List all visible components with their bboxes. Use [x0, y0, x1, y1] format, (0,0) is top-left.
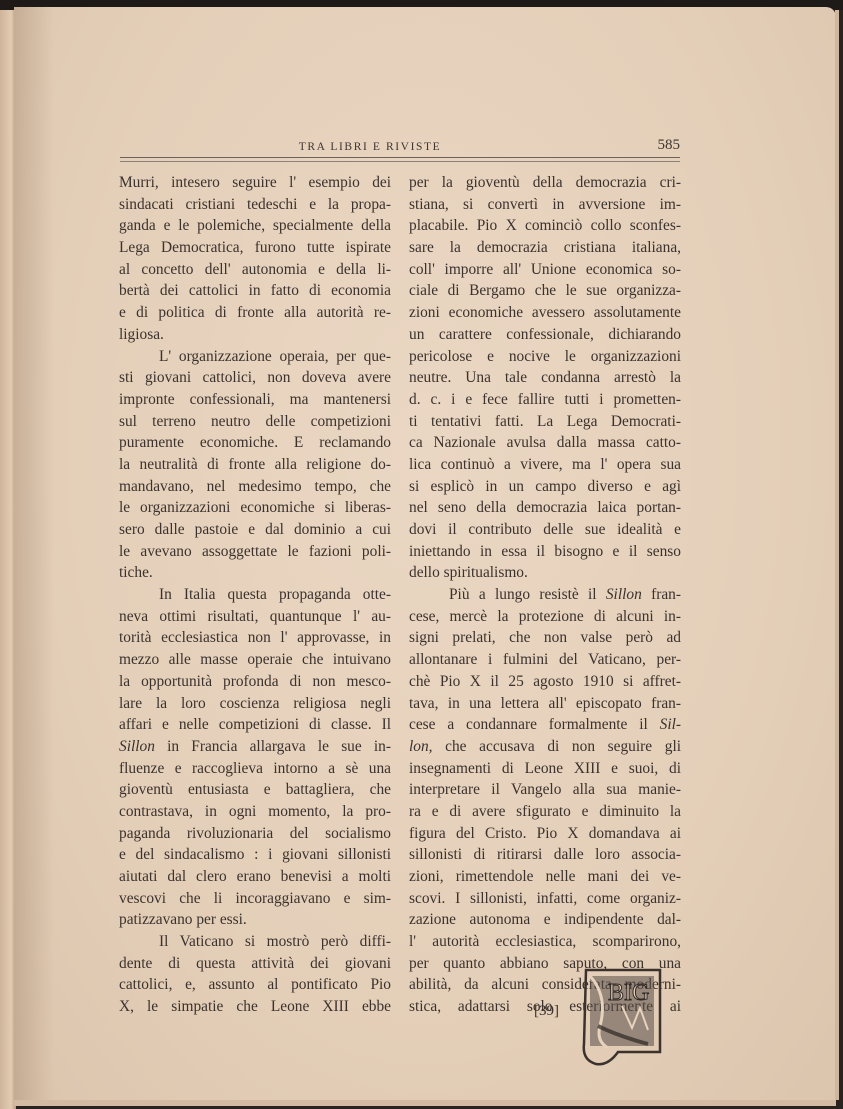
text-line: pericolose e nocive le organizzazioni	[409, 346, 681, 368]
text-fragment: sul terreno neutro delle competizioni	[119, 413, 391, 430]
text-line: cattolici, e, assunto al pontificato Pio	[119, 974, 391, 996]
text-fragment: mezzo alle masse operaie che intuivano	[119, 651, 391, 668]
text-line: affari e nelle competizioni di classe. I…	[119, 714, 391, 736]
text-line: patizzavano per essi.	[119, 909, 391, 931]
text-fragment: Più a lungo resistè il	[449, 586, 606, 603]
text-line: l' autorità ecclesiastica, scomparirono,	[409, 931, 681, 953]
text-fragment: Murri, intesero seguire l' esempio dei	[119, 174, 391, 191]
text-line: stiana, si convertì in avversione im-	[409, 194, 681, 216]
text-line: zioni, rimettendole nelle mani dei ve-	[409, 866, 681, 888]
text-line: Il Vaticano si mostrò però diffi-	[119, 931, 391, 953]
text-line: L' organizzazione operaia, per que-	[119, 346, 391, 368]
text-fragment: nel seno della democrazia laica portan-	[409, 499, 681, 516]
text-line: la opportunità profonda di non mesco-	[119, 671, 391, 693]
text-fragment: iniettando in essa il bisogno e il senso	[409, 543, 681, 560]
svg-text:BIG: BIG	[608, 980, 649, 1006]
text-line: aiutati dal clero erano benevisi a molti	[119, 866, 391, 888]
text-fragment: sero dalle pastoie e dal dominio a cui	[119, 521, 391, 538]
text-line: neva ottimi risultati, quantunque l' au-	[119, 606, 391, 628]
text-fragment: cese a condannare formalmente il	[409, 716, 660, 733]
text-fragment: neutre. Una tale condanna arrestò la	[409, 369, 681, 386]
text-fragment: allontanare i fulmini del Vaticano, per-	[409, 651, 681, 668]
text-line: In Italia questa propaganda otte-	[119, 584, 391, 606]
text-fragment: paganda rivoluzionaria del socialismo	[119, 825, 391, 842]
header-double-rule	[120, 157, 680, 162]
text-fragment: interpretare il Vangelo alla sua manie-	[409, 781, 681, 798]
text-fragment: dello spiritualismo.	[409, 564, 528, 581]
text-line: ca Nazionale avulsa dalla massa catto-	[409, 432, 681, 454]
text-line: nel seno della democrazia laica portan-	[409, 497, 681, 519]
text-fragment: la neutralità di fronte alla religione d…	[119, 456, 391, 473]
text-fragment: tiche.	[119, 564, 153, 581]
text-line: sindacati cristiani tedeschi e la propa-	[119, 194, 391, 216]
gutter-shadow	[14, 7, 54, 1105]
text-fragment: Lega Democratica, furono tutte ispirate	[119, 239, 391, 256]
left-text-column: Murri, intesero seguire l' esempio deisi…	[119, 172, 391, 1018]
page-right-edge	[835, 10, 839, 1100]
text-line: ti tentativi fatti. La Lega Democrati-	[409, 411, 681, 433]
text-fragment: pericolose e nocive le organizzazioni	[409, 348, 681, 365]
text-fragment: ra e di avere sfigurato e diminuito la	[409, 803, 681, 820]
text-fragment: ciale di Bergamo che le sue organizza-	[409, 282, 681, 299]
text-line: placabile. Pio X cominciò collo sconfes-	[409, 215, 681, 237]
text-line: tiche.	[119, 562, 391, 584]
text-line: cese a condannare formalmente il Sil-	[409, 714, 681, 736]
text-fragment: patizzavano per essi.	[119, 911, 247, 928]
text-line: la neutralità di fronte alla religione d…	[119, 454, 391, 476]
text-fragment: Il Vaticano si mostrò però diffi-	[159, 933, 391, 950]
right-text-column: per la gioventù della democrazia cri-sti…	[409, 172, 681, 1018]
text-fragment: vescovi che li incoraggiavano e sim-	[119, 890, 391, 907]
text-line: gioventù entusiasta e battagliera, che	[119, 779, 391, 801]
text-fragment: fluenze e raccoglieva intorno a sè una	[119, 760, 391, 777]
text-fragment: le avevano assoggettate le fazioni poli-	[119, 543, 391, 560]
text-line: coll' imporre all' Unione economica so-	[409, 259, 681, 281]
text-line: dello spiritualismo.	[409, 562, 681, 584]
text-line: scovi. I sillonisti, infatti, come organ…	[409, 888, 681, 910]
italic-term: Sillon	[119, 738, 155, 755]
text-fragment: sindacati cristiani tedeschi e la propa-	[119, 196, 391, 213]
text-fragment: placabile. Pio X cominciò collo sconfes-	[409, 217, 681, 234]
text-fragment: lare la loro coscienza religiosa negli	[119, 695, 391, 712]
text-fragment: affari e nelle competizioni di classe. I…	[119, 716, 391, 733]
text-line: le organizzazioni economiche si liberas-	[119, 497, 391, 519]
text-fragment: lica continuò a vivere, ma l' opera sua	[409, 456, 681, 473]
text-line: chè Pio X il 25 agosto 1910 si affret-	[409, 671, 681, 693]
italic-term: lon,	[409, 738, 433, 755]
text-line: dovi il contributo delle sue idealità e	[409, 519, 681, 541]
text-line: signi prelati, che non valse però ad	[409, 627, 681, 649]
text-line: neutre. Una tale condanna arrestò la	[409, 367, 681, 389]
text-fragment: sare la democrazia cristiana italiana,	[409, 239, 681, 256]
text-line: sare la democrazia cristiana italiana,	[409, 237, 681, 259]
text-line: iniettando in essa il bisogno e il senso	[409, 541, 681, 563]
text-fragment: la opportunità profonda di non mesco-	[119, 673, 391, 690]
text-line: lare la loro coscienza religiosa negli	[119, 693, 391, 715]
text-line: ligiosa.	[119, 324, 391, 346]
text-fragment: aiutati dal clero erano benevisi a molti	[119, 868, 391, 885]
text-line: e del sindacalismo : i giovani sillonist…	[119, 844, 391, 866]
text-fragment: ligiosa.	[119, 326, 164, 343]
text-fragment: zazione autonoma e indipendente dal-	[409, 911, 681, 928]
text-fragment: dente di questa attività dei giovani	[119, 955, 391, 972]
text-line: un carattere confessionale, dichiarando	[409, 324, 681, 346]
italic-term: Sillon	[606, 586, 642, 603]
text-fragment: contrastava, in ogni momento, la pro-	[119, 803, 391, 820]
text-line: dente di questa attività dei giovani	[119, 953, 391, 975]
text-line: sul terreno neutro delle competizioni	[119, 411, 391, 433]
text-fragment: zioni economiche avessero assolutamente	[409, 304, 681, 321]
text-line: Più a lungo resistè il Sillon fran-	[409, 584, 681, 606]
signature-mark: [39]	[534, 1003, 559, 1020]
text-line: d. c. i e fece fallire tutti i prometten…	[409, 389, 681, 411]
text-fragment: zioni, rimettendole nelle mani dei ve-	[409, 868, 681, 885]
text-line: zioni economiche avessero assolutamente	[409, 302, 681, 324]
text-fragment: ti tentativi fatti. La Lega Democrati-	[409, 413, 681, 430]
text-line: mezzo alle masse operaie che intuivano	[119, 649, 391, 671]
text-fragment: scovi. I sillonisti, infatti, come organ…	[409, 890, 681, 907]
text-line: per la gioventù della democrazia cri-	[409, 172, 681, 194]
text-fragment: L' organizzazione operaia, per que-	[159, 348, 391, 365]
text-line: impronte confessionali, ma mantenersi	[119, 389, 391, 411]
text-fragment: le organizzazioni economiche si liberas-	[119, 499, 391, 516]
text-fragment: neva ottimi risultati, quantunque l' au-	[119, 608, 391, 625]
text-fragment: tava, in una lettera all' episcopato fra…	[409, 695, 681, 712]
text-line: zazione autonoma e indipendente dal-	[409, 909, 681, 931]
text-fragment: X, le simpatie che Leone XIII ebbe	[119, 998, 391, 1015]
text-fragment: sti giovani cattolici, non doveva avere	[119, 369, 391, 386]
text-line: paganda rivoluzionaria del socialismo	[119, 823, 391, 845]
text-fragment: bertà dei cattolici in fatto di economia	[119, 282, 391, 299]
text-line: cese, mercè la protezione di alcuni in-	[409, 606, 681, 628]
text-fragment: puramente economiche. E reclamando	[119, 434, 391, 451]
text-fragment: gioventù entusiasta e battagliera, che	[119, 781, 391, 798]
text-fragment: coll' imporre all' Unione economica so-	[409, 261, 681, 278]
text-line: e di politica di fronte alla autorità re…	[119, 302, 391, 324]
italic-term: Sil-	[660, 716, 681, 733]
text-line: torità ecclesiastica non l' approvasse, …	[119, 627, 391, 649]
text-line: al concetto dell' autonomia e della li-	[119, 259, 391, 281]
text-line: ra e di avere sfigurato e diminuito la	[409, 801, 681, 823]
text-fragment: dovi il contributo delle sue idealità e	[409, 521, 681, 538]
running-header: TRA LIBRI E RIVISTE 585	[120, 139, 680, 159]
text-line: allontanare i fulmini del Vaticano, per-	[409, 649, 681, 671]
text-fragment: e del sindacalismo : i giovani sillonist…	[119, 846, 391, 863]
text-line: contrastava, in ogni momento, la pro-	[119, 801, 391, 823]
text-fragment: che accusava di non seguire gli	[433, 738, 681, 755]
text-line: insegnamenti di Leone XIII e suoi, di	[409, 758, 681, 780]
text-line: vescovi che li incoraggiavano e sim-	[119, 888, 391, 910]
text-line: fluenze e raccoglieva intorno a sè una	[119, 758, 391, 780]
text-line: Sillon in Francia allargava le sue in-	[119, 736, 391, 758]
text-fragment: mandavano, nel medesimo tempo, che	[119, 478, 391, 495]
text-fragment: torità ecclesiastica non l' approvasse, …	[119, 629, 391, 646]
text-fragment: l' autorità ecclesiastica, scomparirono,	[409, 933, 681, 950]
text-fragment: In Italia questa propaganda otte-	[159, 586, 391, 603]
text-fragment: ca Nazionale avulsa dalla massa catto-	[409, 434, 681, 451]
text-line: sero dalle pastoie e dal dominio a cui	[119, 519, 391, 541]
text-fragment: insegnamenti di Leone XIII e suoi, di	[409, 760, 681, 777]
text-line: Murri, intesero seguire l' esempio dei	[119, 172, 391, 194]
text-line: lon, che accusava di non seguire gli	[409, 736, 681, 758]
text-fragment: cese, mercè la protezione di alcuni in-	[409, 608, 681, 625]
text-fragment: per la gioventù della democrazia cri-	[409, 174, 681, 191]
running-title: TRA LIBRI E RIVISTE	[120, 141, 620, 153]
text-line: sillonisti di ritirarsi dalle loro assoc…	[409, 844, 681, 866]
text-fragment: ganda e le polemiche, specialmente della	[119, 217, 391, 234]
text-fragment: figura del Cristo. Pio X domandava ai	[409, 825, 681, 842]
text-fragment: impronte confessionali, ma mantenersi	[119, 391, 391, 408]
text-line: figura del Cristo. Pio X domandava ai	[409, 823, 681, 845]
text-fragment: sillonisti di ritirarsi dalle loro assoc…	[409, 846, 681, 863]
text-line: le avevano assoggettate le fazioni poli-	[119, 541, 391, 563]
text-line: X, le simpatie che Leone XIII ebbe	[119, 996, 391, 1018]
text-line: mandavano, nel medesimo tempo, che	[119, 476, 391, 498]
text-fragment: d. c. i e fece fallire tutti i prometten…	[409, 391, 681, 408]
text-line: puramente economiche. E reclamando	[119, 432, 391, 454]
text-fragment: un carattere confessionale, dichiarando	[409, 326, 681, 343]
text-line: bertà dei cattolici in fatto di economia	[119, 280, 391, 302]
text-fragment: e di politica di fronte alla autorità re…	[119, 304, 391, 321]
page-bottom-edge	[14, 1100, 836, 1106]
text-line: ganda e le polemiche, specialmente della	[119, 215, 391, 237]
text-fragment: al concetto dell' autonomia e della li-	[119, 261, 391, 278]
text-line: si esplicò in un campo diverso e agì	[409, 476, 681, 498]
text-fragment: stiana, si convertì in avversione im-	[409, 196, 681, 213]
text-fragment: signi prelati, che non valse però ad	[409, 629, 681, 646]
page-number: 585	[658, 137, 681, 154]
text-line: Lega Democratica, furono tutte ispirate	[119, 237, 391, 259]
text-line: lica continuò a vivere, ma l' opera sua	[409, 454, 681, 476]
text-fragment: si esplicò in un campo diverso e agì	[409, 478, 681, 495]
text-fragment: chè Pio X il 25 agosto 1910 si affret-	[409, 673, 681, 690]
text-fragment: cattolici, e, assunto al pontificato Pio	[119, 976, 391, 993]
text-line: ciale di Bergamo che le sue organizza-	[409, 280, 681, 302]
text-fragment: in Francia allargava le sue in-	[155, 738, 391, 755]
text-line: sti giovani cattolici, non doveva avere	[119, 367, 391, 389]
library-stamp-icon: BIG	[578, 966, 666, 1068]
text-fragment: fran-	[642, 586, 681, 603]
text-line: tava, in una lettera all' episcopato fra…	[409, 693, 681, 715]
text-line: interpretare il Vangelo alla sua manie-	[409, 779, 681, 801]
